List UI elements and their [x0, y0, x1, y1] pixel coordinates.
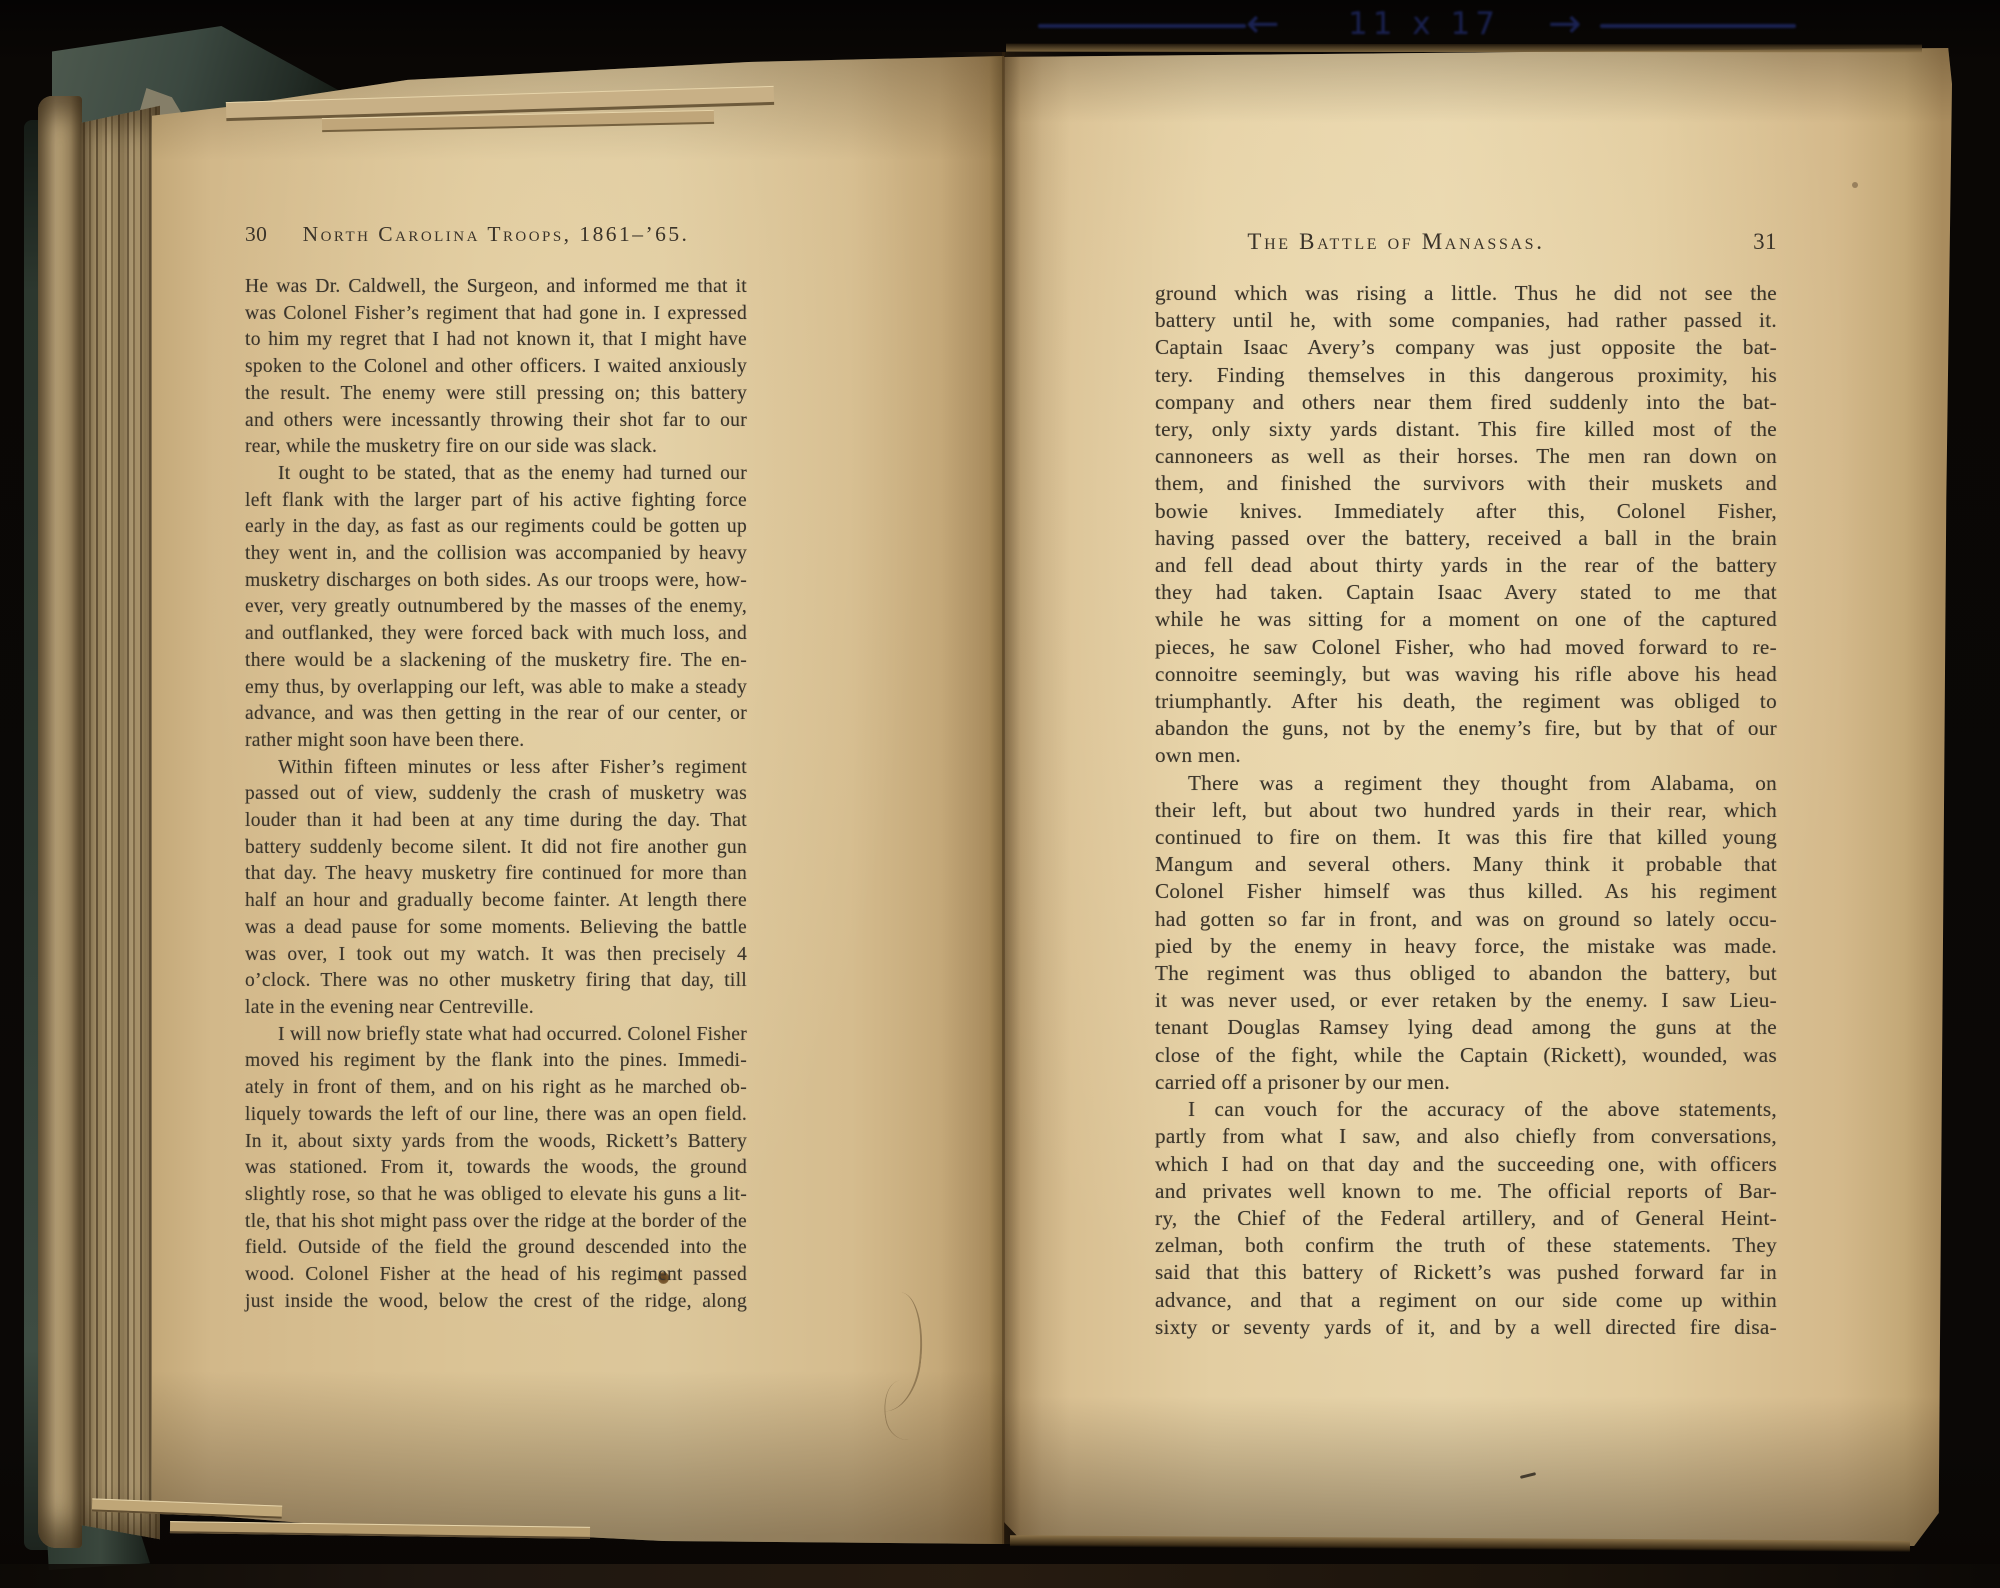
text-line: He was Dr. Caldwell, the Surgeon, and in… [245, 274, 747, 301]
text-line: they had taken. Captain Isaac Avery stat… [1155, 579, 1777, 606]
text-line: continued to fire on them. It was this f… [1155, 824, 1777, 851]
text-line: close of the fight, while the Captain (R… [1155, 1042, 1777, 1069]
annotation-line-right [1600, 24, 1796, 28]
paper-speck [1852, 182, 1858, 188]
text-line: pieces, he saw Colonel Fisher, who had m… [1155, 634, 1777, 661]
paragraph: There was a regiment they thought from A… [1155, 770, 1777, 1096]
annotation-line-left [1038, 24, 1246, 28]
text-line: emy thus, by overlapping our left, was a… [245, 675, 747, 702]
text-line: advance, and was then getting in the rea… [245, 701, 747, 728]
text-line: that day. The heavy musketry fire contin… [245, 861, 747, 888]
text-line: wood. Colonel Fisher at the head of his … [245, 1262, 747, 1289]
text-line: ately in front of them, and on his right… [245, 1075, 747, 1102]
text-line: it was never used, or ever retaken by th… [1155, 987, 1777, 1014]
text-line: tenant Douglas Ramsey lying dead among t… [1155, 1014, 1777, 1041]
text-line: bowie knives. Immediately after this, Co… [1155, 498, 1777, 525]
text-line: own men. [1155, 742, 1777, 769]
text-line: zelman, both confirm the truth of these … [1155, 1232, 1777, 1259]
text-line: their left, but about two hundred yards … [1155, 797, 1777, 824]
text-line: and outflanked, they were forced back wi… [245, 621, 747, 648]
text-line: ground which was rising a little. Thus h… [1155, 280, 1777, 307]
text-line: was Colonel Fisher’s regiment that had g… [245, 301, 747, 328]
text-line: o’clock. There was no other musketry fir… [245, 968, 747, 995]
text-line: ry, the Chief of the Federal artillery, … [1155, 1205, 1777, 1232]
text-line: had gotten so far in front, and was on g… [1155, 906, 1777, 933]
text-line: half an hour and gradually become fainte… [245, 888, 747, 915]
text-line: liquely towards the left of our line, th… [245, 1102, 747, 1129]
right-arrow-icon: → [1548, 2, 1582, 46]
text-line: connoitre seemingly, but was waving his … [1155, 661, 1777, 688]
text-line: field. Outside of the field the ground d… [245, 1235, 747, 1262]
right-page-top-edge [1006, 44, 1922, 53]
text-line: cannoneers as well as their horses. The … [1155, 443, 1777, 470]
text-line: tery. Finding themselves in this dangero… [1155, 362, 1777, 389]
text-line: late in the evening near Centreville. [245, 995, 747, 1022]
text-line: advance, and that a regiment on our side… [1155, 1287, 1777, 1314]
text-line: I can vouch for the accuracy of the abov… [1155, 1096, 1777, 1123]
text-line: slightly rose, so that he was obliged to… [245, 1182, 747, 1209]
right-page-header: The Battle of Manassas. 31 [1155, 229, 1777, 261]
text-line: there would be a slackening of the muske… [245, 648, 747, 675]
text-line: Mangum and several others. Many think it… [1155, 851, 1777, 878]
text-line: tle, that his shot might pass over the r… [245, 1209, 747, 1236]
text-line: louder than it had been at any time duri… [245, 808, 747, 835]
right-page-text: ground which was rising a little. Thus h… [1155, 280, 1777, 1341]
text-line: to him my regret that I had not known it… [245, 327, 747, 354]
paragraph: I can vouch for the accuracy of the abov… [1155, 1096, 1777, 1341]
paragraph: It ought to be stated, that as the enemy… [245, 461, 747, 755]
text-line: abandon the guns, not by the enemy’s fir… [1155, 715, 1777, 742]
text-line: It ought to be stated, that as the enemy… [245, 461, 747, 488]
text-line: spoken to the Colonel and other officers… [245, 354, 747, 381]
left-arrow-icon: ← [1246, 2, 1280, 46]
text-line: and others were incessantly throwing the… [245, 408, 747, 435]
text-line: company and others near them fired sudde… [1155, 389, 1777, 416]
text-line: was over, I took out my watch. It was th… [245, 942, 747, 969]
text-line: triumphantly. After his death, the regim… [1155, 688, 1777, 715]
text-line: the result. The enemy were still pressin… [245, 381, 747, 408]
scanner-bed-band [0, 1564, 2000, 1588]
text-line: having passed over the battery, received… [1155, 525, 1777, 552]
paragraph: I will now briefly state what had occurr… [245, 1022, 747, 1316]
text-line: Within fifteen minutes or less after Fis… [245, 755, 747, 782]
book-scan: ← 11 x 17 → 30 North Carolina Troops, 18… [0, 0, 2000, 1588]
text-line: carried off a prisoner by our men. [1155, 1069, 1777, 1096]
text-line: pied by the enemy in heavy force, the mi… [1155, 933, 1777, 960]
paragraph: ground which was rising a little. Thus h… [1155, 280, 1777, 770]
left-running-title: North Carolina Troops, 1861–’65. [245, 222, 747, 247]
text-line: I will now briefly state what had occurr… [245, 1022, 747, 1049]
paragraph: He was Dr. Caldwell, the Surgeon, and in… [245, 274, 747, 461]
text-line: just inside the wood, below the crest of… [245, 1289, 747, 1316]
text-line: There was a regiment they thought from A… [1155, 770, 1777, 797]
text-line: which I had on that day and the succeedi… [1155, 1151, 1777, 1178]
text-line: and privates well known to me. The offic… [1155, 1178, 1777, 1205]
text-line: In it, about sixty yards from the woods,… [245, 1129, 747, 1156]
text-line: they went in, and the collision was acco… [245, 541, 747, 568]
left-page-text: He was Dr. Caldwell, the Surgeon, and in… [245, 274, 747, 1315]
annotation-size-label: 11 x 17 [1348, 6, 1500, 42]
text-line: sixty or seventy yards of it, and by a w… [1155, 1314, 1777, 1341]
text-line: rather might soon have been there. [245, 728, 747, 755]
gutter-shadow [940, 52, 1070, 1544]
text-line: battery until he, with some companies, h… [1155, 307, 1777, 334]
text-line: rear, while the musketry fire on our sid… [245, 434, 747, 461]
text-line: left flank with the larger part of his a… [245, 488, 747, 515]
text-line: and fell dead about thirty yards in the … [1155, 552, 1777, 579]
text-line: ever, very greatly outnumbered by the ma… [245, 594, 747, 621]
text-line: The regiment was thus obliged to abandon… [1155, 960, 1777, 987]
text-line: Captain Isaac Avery’s company was just o… [1155, 334, 1777, 361]
paragraph: Within fifteen minutes or less after Fis… [245, 755, 747, 1022]
text-line: passed out of view, suddenly the crash o… [245, 781, 747, 808]
fore-edge-page-stack [80, 100, 160, 1548]
left-page-header: 30 North Carolina Troops, 1861–’65. [245, 222, 747, 252]
text-line: them, and finished the survivors with th… [1155, 470, 1777, 497]
text-line: was stationed. From it, towards the wood… [245, 1155, 747, 1182]
text-line: tery, only sixty yards distant. This fir… [1155, 416, 1777, 443]
text-line: Colonel Fisher himself was thus killed. … [1155, 878, 1777, 905]
right-running-title: The Battle of Manassas. [1085, 229, 1707, 255]
text-line: while he was sitting for a moment on one… [1155, 606, 1777, 633]
text-line: early in the day, as fast as our regimen… [245, 514, 747, 541]
text-line: musketry discharges on both sides. As ou… [245, 568, 747, 595]
text-line: was a dead pause for some moments. Belie… [245, 915, 747, 942]
text-line: said that this battery of Rickett’s was … [1155, 1259, 1777, 1286]
right-page-number: 31 [1753, 229, 1777, 255]
text-line: partly from what I saw, and also chiefly… [1155, 1123, 1777, 1150]
outer-page-edge [38, 96, 82, 1548]
text-line: battery suddenly become silent. It did n… [245, 835, 747, 862]
text-line: moved his regiment by the flank into the… [245, 1048, 747, 1075]
